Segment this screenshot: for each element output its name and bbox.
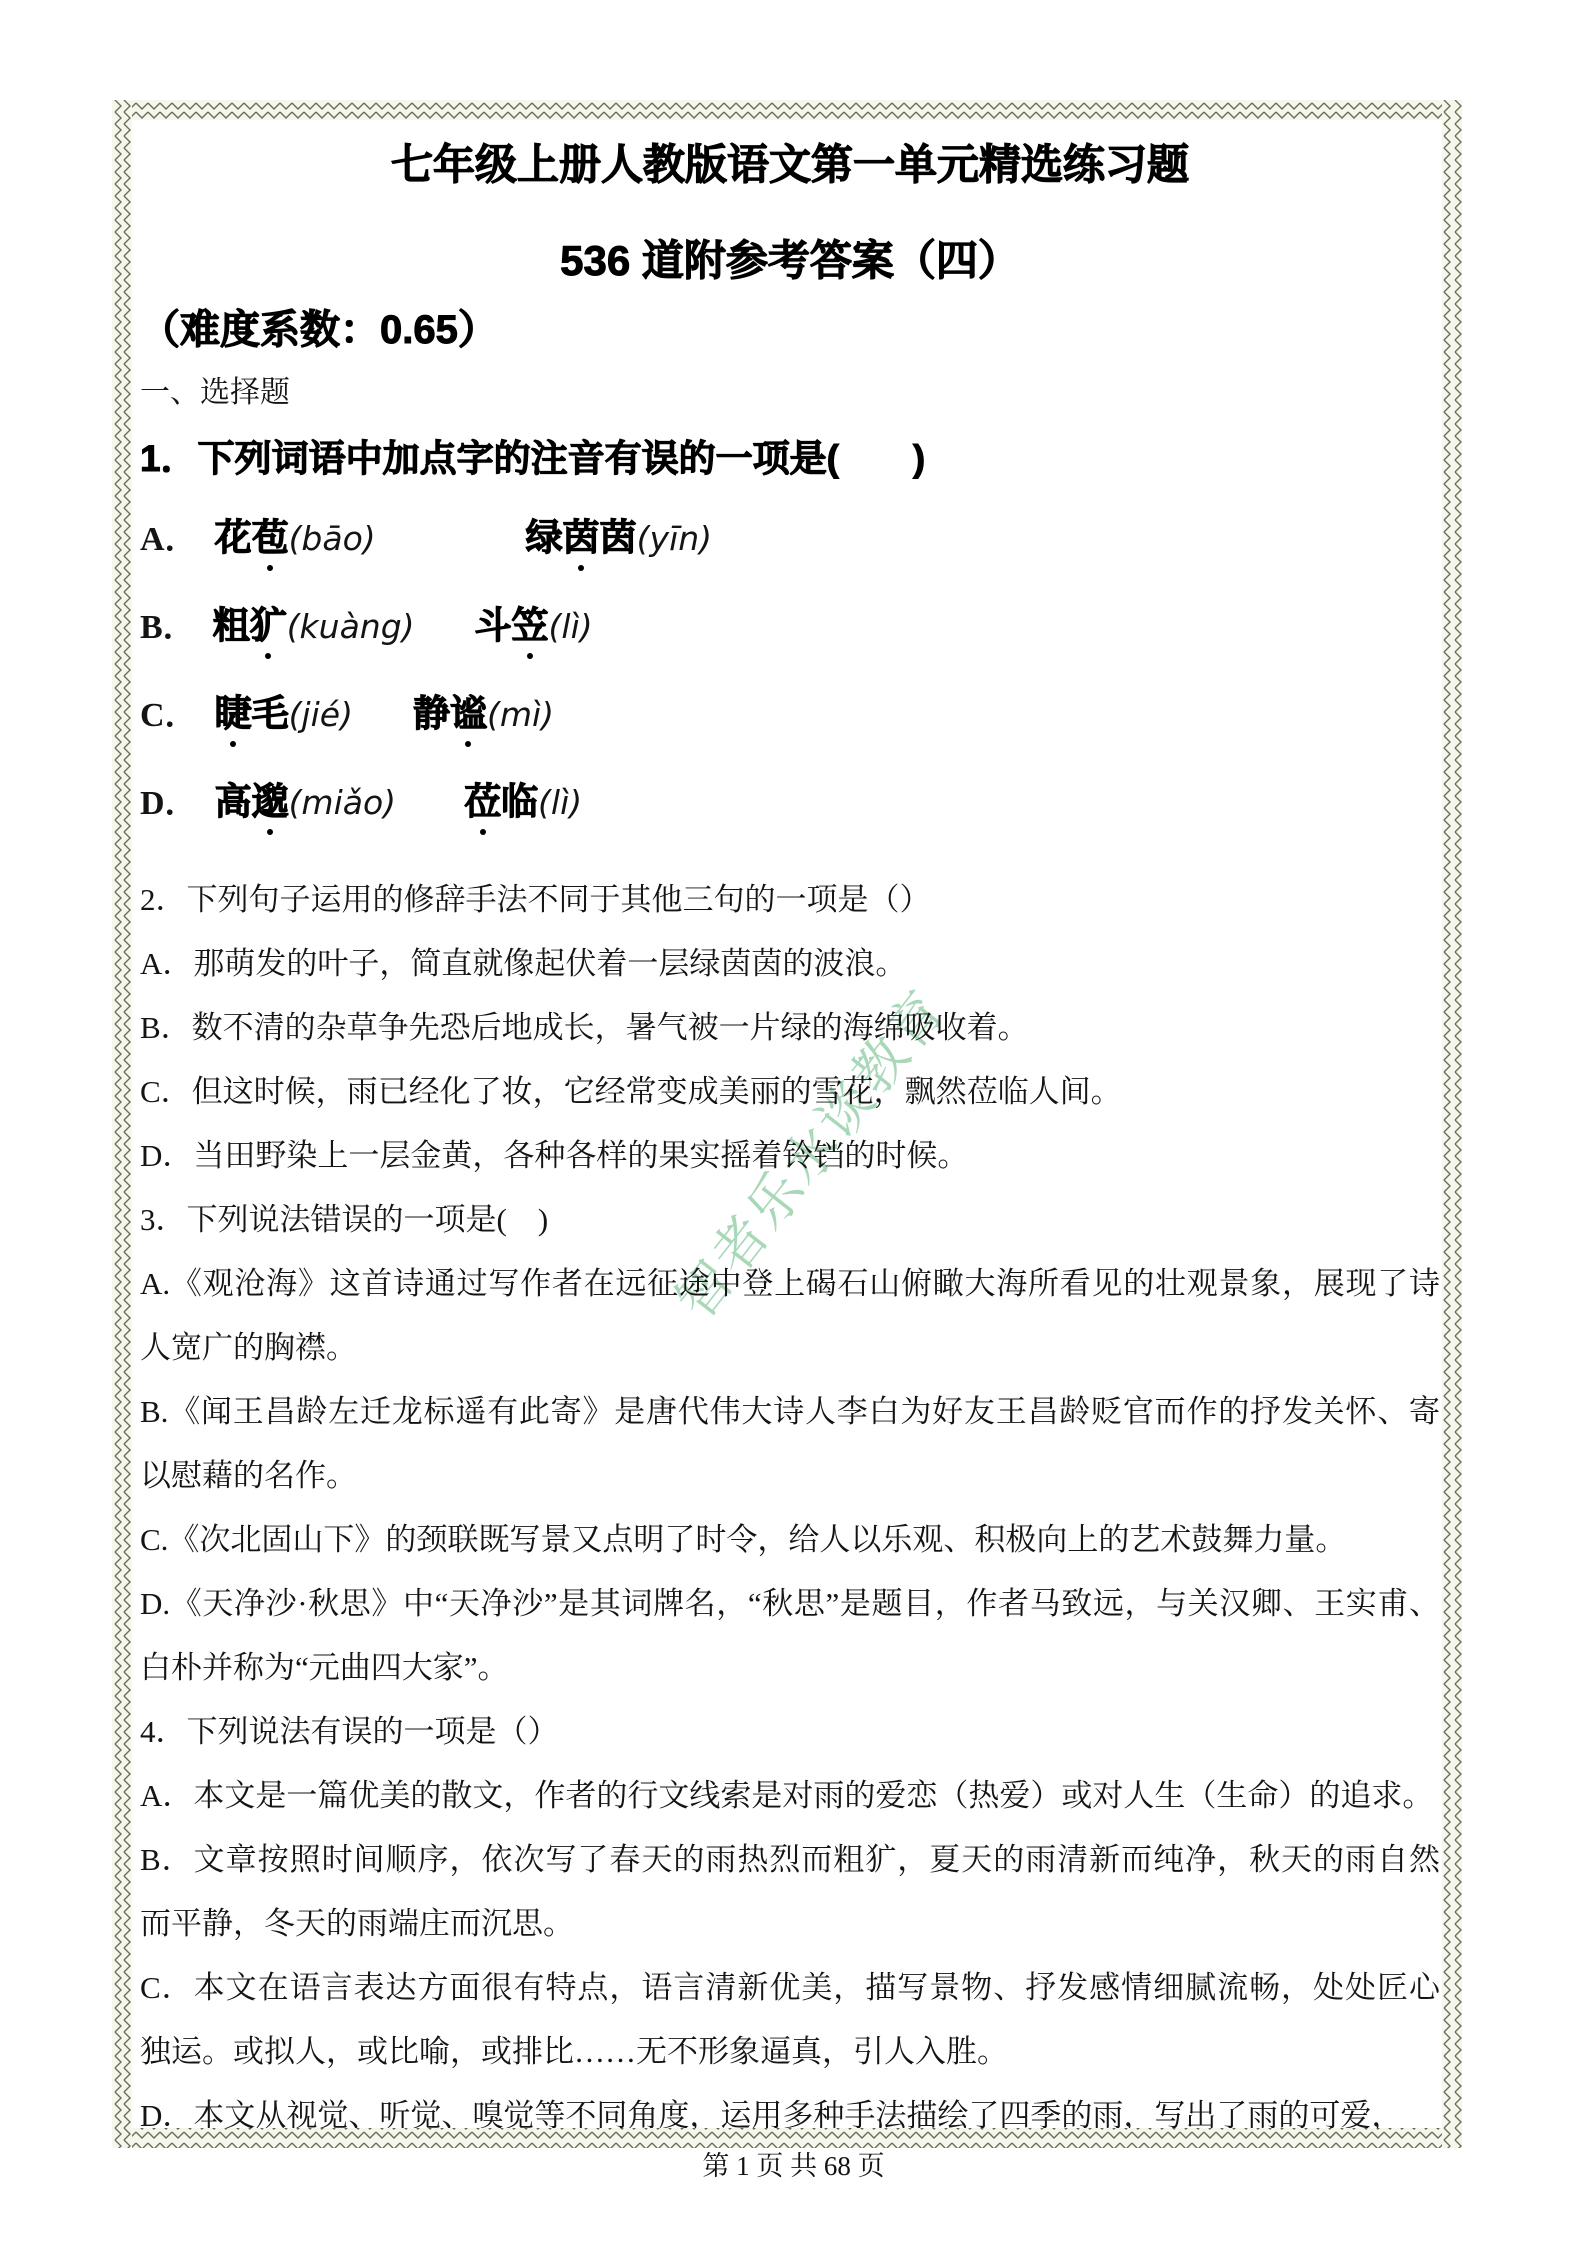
question-1-options: A．花苞(bāo)绿茵茵(yīn)B．粗犷(kuàng)斗笠(lì)C．睫毛(j… (140, 512, 1440, 836)
option-line: A.《观沧海》这首诗通过写作者在远征途中登上碣石山俯瞰大海所看见的壮观景象，展现… (140, 1252, 1440, 1316)
question-block-4: 4．下列说法有误的一项是（） A．本文是一篇优美的散文，作者的行文线索是对雨的爱… (140, 1700, 1440, 2148)
question-3-options: A.《观沧海》这首诗通过写作者在远征途中登上碣石山俯瞰大海所看见的壮观景象，展现… (140, 1252, 1440, 1700)
option-line: A．花苞(bāo)绿茵茵(yīn) (140, 512, 1440, 572)
emphasized-char: 邈 (252, 776, 289, 828)
border-left (112, 100, 132, 2148)
option-line: B．数不清的杂草争先恐后地成长，暑气被一片绿的海绵吸收着。 (140, 996, 1440, 1060)
emphasized-char: 笠 (512, 600, 549, 652)
option-letter: D． (140, 785, 199, 822)
option-word: 粗犷 (213, 605, 287, 646)
option-line: C．但这时候，雨已经化了妆，它经常变成美丽的雪花，飘然莅临人间。 (140, 1060, 1440, 1124)
border-right (1442, 100, 1462, 2148)
question-block-2: 2．下列句子运用的修辞手法不同于其他三句的一项是（） A．那萌发的叶子，简直就像… (140, 868, 1440, 1188)
document-page: 智者乐水谈教育 七年级上册人教版语文第一单元精选练习题 536 道附参考答案（四… (0, 0, 1587, 2245)
emphasized-char: 茵 (563, 512, 600, 564)
option-line: 以慰藉的名作。 (140, 1444, 1440, 1508)
option-line: C．睫毛(jié)静谧(mì) (140, 688, 1440, 748)
doc-subtitle: 536 道附参考答案（四） (140, 236, 1440, 286)
option-line: 白朴并称为“元曲四大家”。 (140, 1636, 1440, 1700)
emphasized-char: 莅 (464, 776, 501, 828)
option-letter: A． (140, 521, 199, 558)
question-2-stem: 2．下列句子运用的修辞手法不同于其他三句的一项是（） (140, 868, 1440, 932)
emphasized-char: 犷 (250, 600, 287, 652)
question-block-3: 3．下列说法错误的一项是( ) A.《观沧海》这首诗通过写作者在远征途中登上碣石… (140, 1188, 1440, 1700)
section-heading: 一、选择题 (140, 372, 1440, 414)
document-content: 七年级上册人教版语文第一单元精选练习题 536 道附参考答案（四） （难度系数：… (140, 120, 1440, 2148)
pinyin-annotation: (kuàng) (287, 607, 415, 646)
emphasized-char: 谧 (450, 688, 487, 740)
pinyin-annotation: (yīn) (637, 519, 712, 558)
question-2-options: A．那萌发的叶子，简直就像起伏着一层绿茵茵的波浪。B．数不清的杂草争先恐后地成长… (140, 932, 1440, 1188)
option-word: 睫毛 (215, 693, 289, 734)
pinyin-annotation: (bāo) (289, 519, 376, 558)
question-1-stem: 1．下列词语中加点字的注音有误的一项是( ) (140, 434, 1440, 484)
page-footer: 第 1 页 共 68 页 (0, 2148, 1587, 2184)
option-word: 静谧 (413, 693, 487, 734)
option-line: D.《天净沙·秋思》中“天净沙”是其词牌名，“秋思”是题目，作者马致远，与关汉卿… (140, 1572, 1440, 1636)
difficulty-label: （难度系数：0.65） (140, 306, 1440, 354)
pinyin-annotation: (lì) (549, 607, 593, 646)
option-word: 高邈 (215, 781, 289, 822)
option-line: A．那萌发的叶子，简直就像起伏着一层绿茵茵的波浪。 (140, 932, 1440, 996)
option-line: 独运。或拟人，或比喻，或排比……无不形象逼真，引人入胜。 (140, 2020, 1440, 2084)
option-line: D．本文从视觉、听觉、嗅觉等不同角度，运用多种手法描绘了四季的雨，写出了雨的可爱… (140, 2084, 1440, 2148)
border-top (112, 100, 1462, 120)
pinyin-annotation: (miǎo) (289, 783, 396, 822)
question-3-stem: 3．下列说法错误的一项是( ) (140, 1188, 1440, 1252)
option-line: 人宽广的胸襟。 (140, 1316, 1440, 1380)
option-word: 莅临 (464, 781, 538, 822)
emphasized-char: 睫 (215, 688, 252, 740)
option-line: 而平静，冬天的雨端庄而沉思。 (140, 1892, 1440, 1956)
doc-title: 七年级上册人教版语文第一单元精选练习题 (140, 140, 1440, 190)
body-questions: 2．下列句子运用的修辞手法不同于其他三句的一项是（） A．那萌发的叶子，简直就像… (140, 868, 1440, 2148)
option-word: 绿茵茵 (526, 517, 637, 558)
option-word: 花苞 (215, 517, 289, 558)
option-line: B．粗犷(kuàng)斗笠(lì) (140, 600, 1440, 660)
option-line: D．高邈(miǎo)莅临(lì) (140, 776, 1440, 836)
question-block-1: 1．下列词语中加点字的注音有误的一项是( ) A．花苞(bāo)绿茵茵(yīn)… (140, 434, 1440, 836)
question-4-options: A．本文是一篇优美的散文，作者的行文线索是对雨的爱恋（热爱）或对人生（生命）的追… (140, 1764, 1440, 2148)
question-4-stem: 4．下列说法有误的一项是（） (140, 1700, 1440, 1764)
option-line: B．文章按照时间顺序，依次写了春天的雨热烈而粗犷，夏天的雨清新而纯净，秋天的雨自… (140, 1828, 1440, 1892)
option-line: C.《次北固山下》的颈联既写景又点明了时令，给人以乐观、积极向上的艺术鼓舞力量。 (140, 1508, 1440, 1572)
pinyin-annotation: (lì) (538, 783, 582, 822)
option-line: C．本文在语言表达方面很有特点，语言清新优美，描写景物、抒发感情细腻流畅，处处匠… (140, 1956, 1440, 2020)
option-letter: B． (140, 609, 197, 646)
option-word: 斗笠 (475, 605, 549, 646)
pinyin-annotation: (mì) (487, 695, 554, 734)
option-line: B.《闻王昌龄左迁龙标遥有此寄》是唐代伟大诗人李白为好友王昌龄贬官而作的抒发关怀… (140, 1380, 1440, 1444)
pinyin-annotation: (jié) (289, 695, 353, 734)
option-letter: C． (140, 697, 199, 734)
emphasized-char: 苞 (252, 512, 289, 564)
option-line: A．本文是一篇优美的散文，作者的行文线索是对雨的爱恋（热爱）或对人生（生命）的追… (140, 1764, 1440, 1828)
option-line: D．当田野染上一层金黄，各种各样的果实摇着铃铛的时候。 (140, 1124, 1440, 1188)
